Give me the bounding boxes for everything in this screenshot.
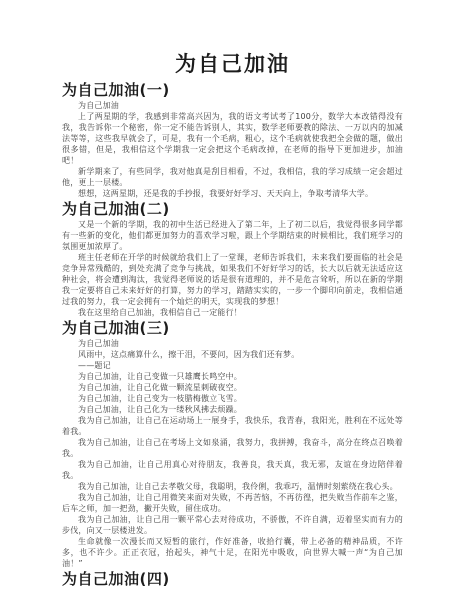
paragraph: ——题记 — [62, 360, 403, 371]
section-1-heading: 为自己加油(一) — [62, 82, 403, 98]
section-4-heading: 为自己加油(四) — [62, 571, 403, 587]
paragraph: 我为自己加油，让自己用真心对待朋友，我善良，我天真，我无邪，友谊在身边陪伴着我。 — [62, 459, 403, 481]
paragraph: 我在这里给自己加油，我相信自己一定能行！ — [62, 307, 403, 318]
paragraph: 想想，这两星期，还是我的手抄报，我要好好学习、天天向上，争取考清华大学。 — [62, 188, 403, 199]
page-title: 为自己加油 — [62, 52, 403, 76]
paragraph: 上了两星期的学，我感到非常高兴因为，我的语文考试考了100分，数学大本改错得没有… — [62, 111, 403, 166]
paragraph: 为自己加油 — [62, 100, 403, 111]
paragraph: 我为自己加油，让自己用微笑来面对失败，不再苦恼，不再彷徨，把失败当作前车之鉴，后… — [62, 492, 403, 514]
paragraph: 生命就像一次漫长而又短暂的旅行，作好准备，收拾行囊，带上必备的精神品质，不许多，… — [62, 536, 403, 569]
section-3-heading: 为自己加油(三) — [62, 320, 403, 336]
paragraph: 为自己加油，让自己变为一枝腊梅傲立飞雪。 — [62, 393, 403, 404]
paragraph: 为自己加油，让自己变做一只雄鹰长鸣空中。 — [62, 371, 403, 382]
section-1: 为自己加油(一) 为自己加油 上了两星期的学，我感到非常高兴因为，我的语文考试考… — [62, 82, 403, 199]
paragraph: 我为自己加油，让自己在考场上文如泉涌，我努力，我拼搏，我奋斗，高分在终点召唤着我… — [62, 437, 403, 459]
paragraph: 为自己加油，让自己化做一颗流星刺破夜空。 — [62, 382, 403, 393]
paragraph: 我为自己加油，让自己去孝敬父母，我聪明，我伶俐，我乖巧，温情时刻萦绕在我心头。 — [62, 481, 403, 492]
paragraph: 新学期来了，有些同学，我对他真是刮目相看，不过，我相信，我的学习成绩一定会超过他… — [62, 166, 403, 188]
paragraph: 为自己加油 — [62, 338, 403, 349]
paragraph: 风雨中，这点痛算什么，擦干泪，不要问，因为我们还有梦。 — [62, 349, 403, 360]
document-page: 为自己加油 为自己加油(一) 为自己加油 上了两星期的学，我感到非常高兴因为，我… — [0, 0, 463, 600]
paragraph: 我为自己加油，让自己在运动场上一展身手，我快乐，我青春，我阳光，胜利在不远处等着… — [62, 415, 403, 437]
paragraph: 又是一个新的学期，我的初中生活已经进入了第二年，上了初二以后，我觉得很多同学都有… — [62, 219, 403, 252]
paragraph: 我为自己加油，让自己用一颗平常心去对待成功，不骄傲，不许自满，迈着坚实而有力的步… — [62, 514, 403, 536]
section-2-heading: 为自己加油(二) — [62, 201, 403, 217]
paragraph: 班主任老师在开学的时候就给我们上了一堂课，老师告诉我们，未来我们要面临的社会是竞… — [62, 252, 403, 307]
section-2: 为自己加油(二) 又是一个新的学期，我的初中生活已经进入了第二年，上了初二以后，… — [62, 201, 403, 318]
section-4: 为自己加油(四) — [62, 571, 403, 587]
paragraph: 为自己加油，让自己化为一缕秋风拂去烦躁。 — [62, 404, 403, 415]
section-3: 为自己加油(三) 为自己加油 风雨中，这点痛算什么，擦干泪，不要问，因为我们还有… — [62, 320, 403, 569]
